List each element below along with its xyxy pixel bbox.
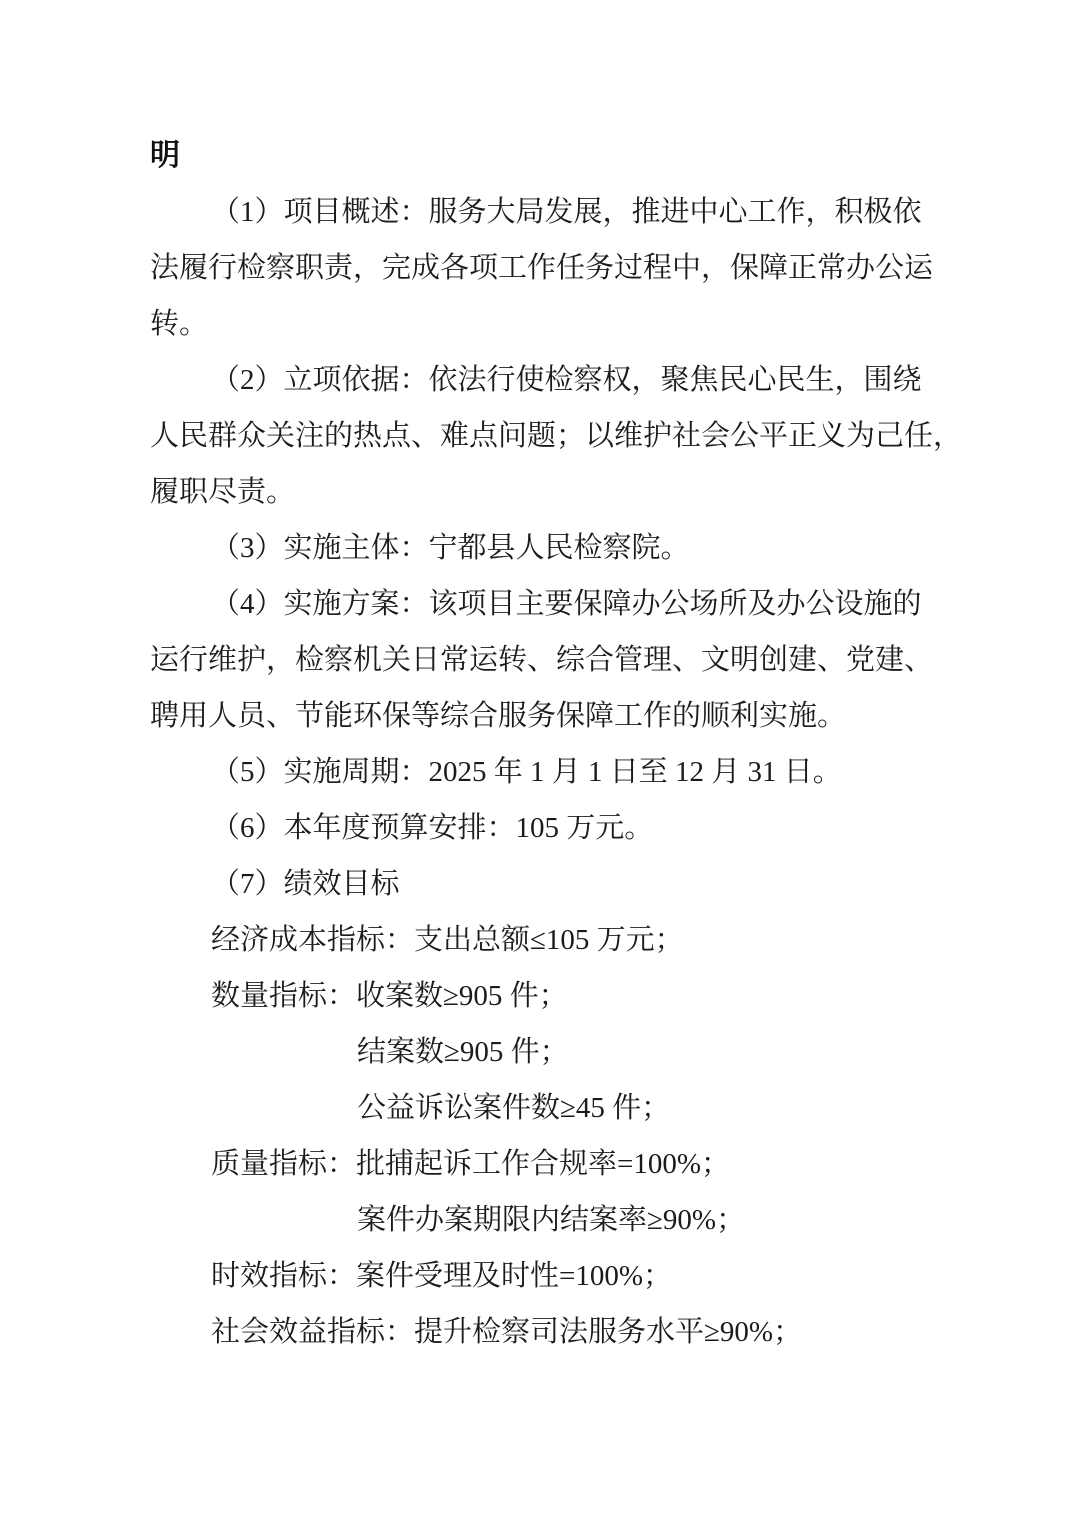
paragraph-line-9: 运行维护，检察机关日常运转、综合管理、文明创建、党建、 bbox=[150, 632, 934, 688]
paragraph-line-6: 履职尽责。 bbox=[150, 464, 934, 520]
paragraph-line-11: （5）实施周期：2025 年 1 月 1 日至 12 月 31 日。 bbox=[150, 744, 934, 800]
paragraph-line-7: （3）实施主体：宁都县人民检察院。 bbox=[150, 520, 934, 576]
paragraph-line-12: （6）本年度预算安排：105 万元。 bbox=[150, 800, 934, 856]
indicator-line-case-closure-rate: 案件办案期限内结案率≥90%； bbox=[150, 1192, 934, 1248]
indicator-line-timeliness: 时效指标：案件受理及时性=100%； bbox=[150, 1248, 934, 1304]
indicator-line-social-benefit: 社会效益指标：提升检察司法服务水平≥90%； bbox=[150, 1304, 934, 1360]
indicator-line-public-interest: 公益诉讼案件数≥45 件； bbox=[150, 1080, 934, 1136]
indicator-line-closed-cases: 结案数≥905 件； bbox=[150, 1024, 934, 1080]
document-content: 明 （1）项目概述：服务大局发展，推进中心工作，积极依 法履行检察职责，完成各项… bbox=[150, 128, 934, 1360]
indicator-line-economic-cost: 经济成本指标：支出总额≤105 万元； bbox=[150, 912, 934, 968]
paragraph-line-8: （4）实施方案：该项目主要保障办公场所及办公设施的 bbox=[150, 576, 934, 632]
paragraph-line-3: 转。 bbox=[150, 296, 934, 352]
indicator-line-quantity: 数量指标：收案数≥905 件； bbox=[150, 968, 934, 1024]
paragraph-line-13: （7）绩效目标 bbox=[150, 856, 934, 912]
paragraph-line-1: （1）项目概述：服务大局发展，推进中心工作，积极依 bbox=[150, 184, 934, 240]
section-heading-fragment: 明 bbox=[150, 128, 934, 184]
paragraph-line-10: 聘用人员、节能环保等综合服务保障工作的顺利实施。 bbox=[150, 688, 934, 744]
paragraph-line-5: 人民群众关注的热点、难点问题；以维护社会公平正义为己任， bbox=[150, 408, 934, 464]
paragraph-line-4: （2）立项依据：依法行使检察权，聚焦民心民生，围绕 bbox=[150, 352, 934, 408]
indicator-line-quality: 质量指标：批捕起诉工作合规率=100%； bbox=[150, 1136, 934, 1192]
paragraph-line-2: 法履行检察职责，完成各项工作任务过程中，保障正常办公运 bbox=[150, 240, 934, 296]
document-page: 明 （1）项目概述：服务大局发展，推进中心工作，积极依 法履行检察职责，完成各项… bbox=[0, 0, 1074, 1520]
